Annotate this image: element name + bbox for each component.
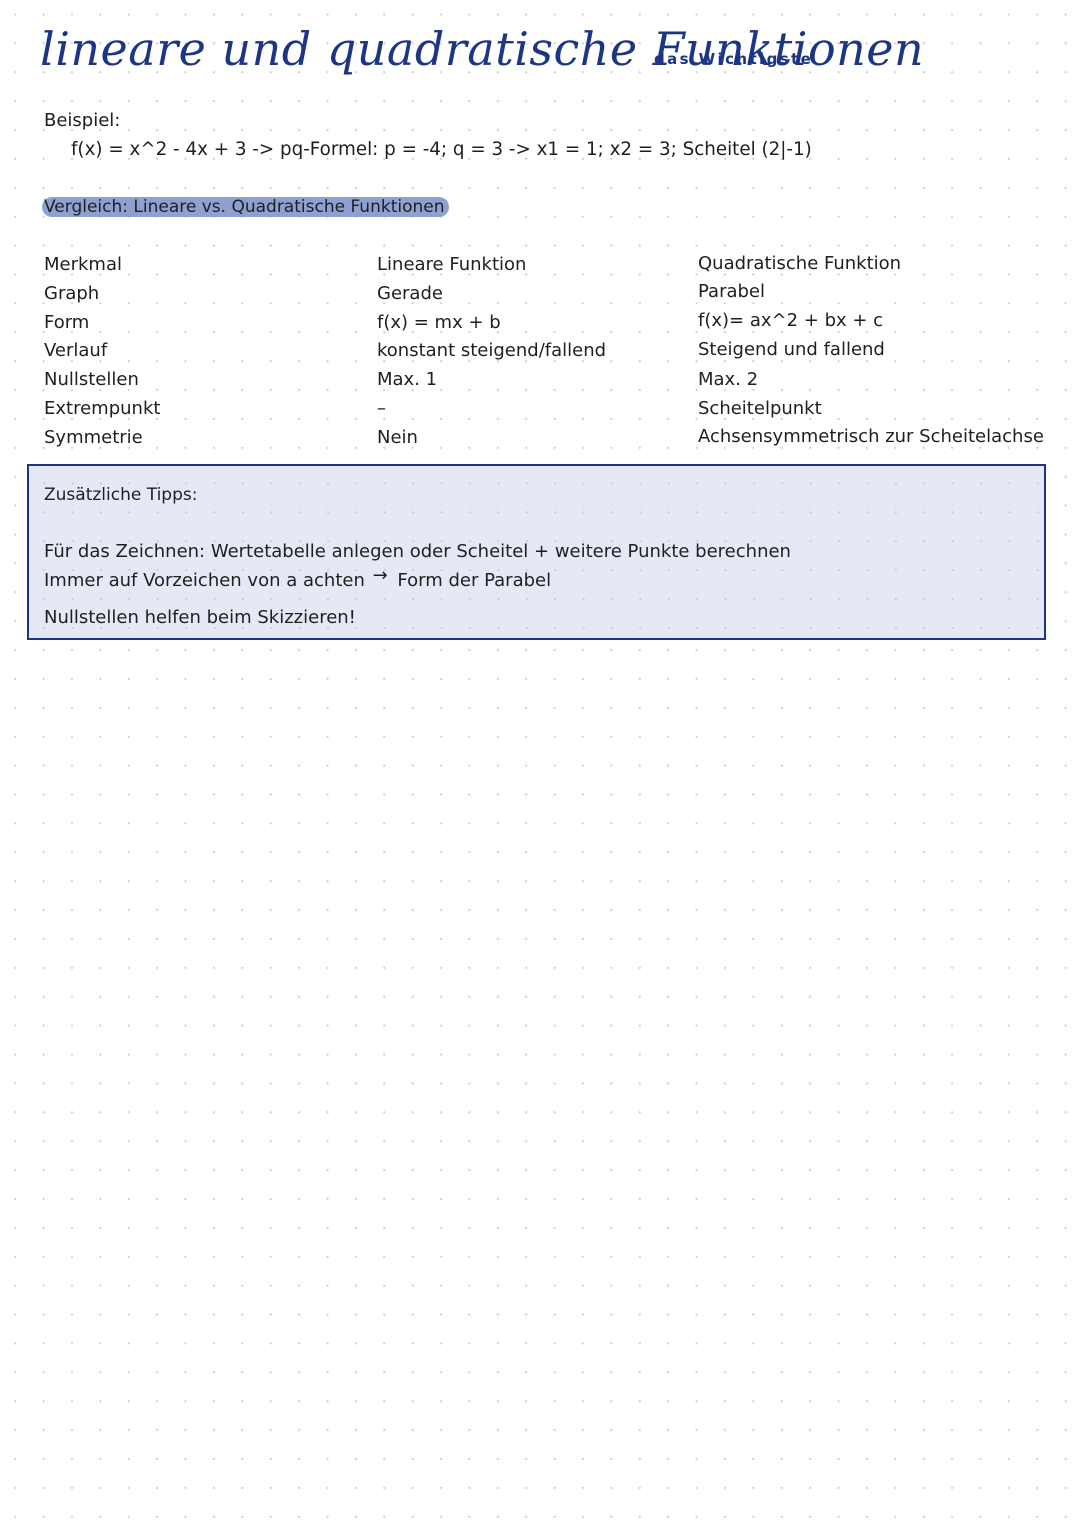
tip-text-after: Form der Parabel [397, 570, 551, 591]
linear-cell: konstant steigend/fallend [377, 340, 606, 362]
row-label: Symmetrie [44, 427, 143, 449]
row-label: Extrempunkt [44, 398, 160, 420]
column-header-quadratic: Quadratische Funktion [698, 253, 901, 275]
page-subtitle: das Wichtigste [654, 50, 813, 68]
row-label: Nullstellen [44, 369, 139, 391]
linear-cell: Max. 1 [377, 369, 437, 391]
quadratic-cell: Scheitelpunkt [698, 398, 822, 420]
quadratic-cell: Max. 2 [698, 369, 758, 391]
tip-text-before: Immer auf Vorzeichen von a achten [44, 570, 365, 591]
right-arrow-icon: → [373, 565, 388, 587]
comparison-heading: Vergleich: Lineare vs. Quadratische Funk… [44, 196, 449, 218]
linear-cell: f(x) = mx + b [377, 312, 501, 334]
quadratic-cell: f(x)= ax^2 + bx + c [698, 310, 883, 332]
column-header-linear: Lineare Funktion [377, 254, 526, 276]
linear-cell: Gerade [377, 283, 443, 305]
linear-cell: – [377, 398, 386, 420]
row-label: Verlauf [44, 340, 107, 362]
tips-heading: Zusätzliche Tipps: [44, 484, 197, 506]
linear-cell: Nein [377, 427, 418, 449]
example-label: Beispiel: [44, 110, 120, 132]
example-formula: f(x) = x^2 - 4x + 3 -> pq-Formel: p = -4… [71, 139, 812, 161]
row-label: Graph [44, 283, 99, 305]
tip-item: Nullstellen helfen beim Skizzieren! [44, 607, 356, 629]
highlighted-heading: Vergleich: Lineare vs. Quadratische Funk… [42, 197, 449, 217]
quadratic-cell: Achsensymmetrisch zur Scheitelachse [698, 426, 1044, 448]
quadratic-cell: Steigend und fallend [698, 339, 885, 361]
column-header-merkmal: Merkmal [44, 254, 122, 276]
quadratic-cell: Parabel [698, 281, 765, 303]
row-label: Form [44, 312, 89, 334]
tip-item: Für das Zeichnen: Wertetabelle anlegen o… [44, 541, 791, 563]
tip-item: Immer auf Vorzeichen von a achten → Form… [44, 570, 551, 592]
